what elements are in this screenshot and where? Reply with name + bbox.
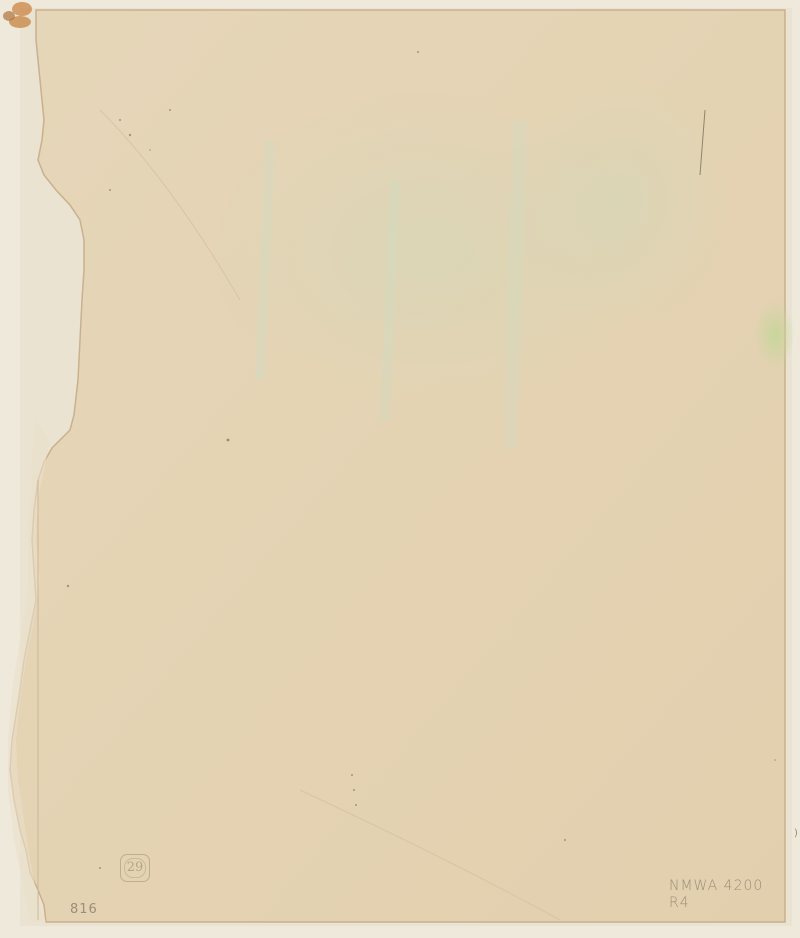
paper-shape <box>0 0 800 938</box>
accession-number: NMWA 4200 R4 <box>669 878 763 912</box>
paper-sheet: 29 816 NMWA 4200 R4 ) <box>0 0 800 938</box>
edge-mark: ) <box>794 828 798 839</box>
inventory-number: 816 <box>70 902 98 917</box>
stamp-number: 29 <box>124 858 146 878</box>
foxing-stain <box>0 0 36 30</box>
collection-stamp: 29 <box>120 854 150 882</box>
accession-line-1: NMWA 4200 <box>669 878 763 895</box>
accession-line-2: R4 <box>669 895 763 912</box>
